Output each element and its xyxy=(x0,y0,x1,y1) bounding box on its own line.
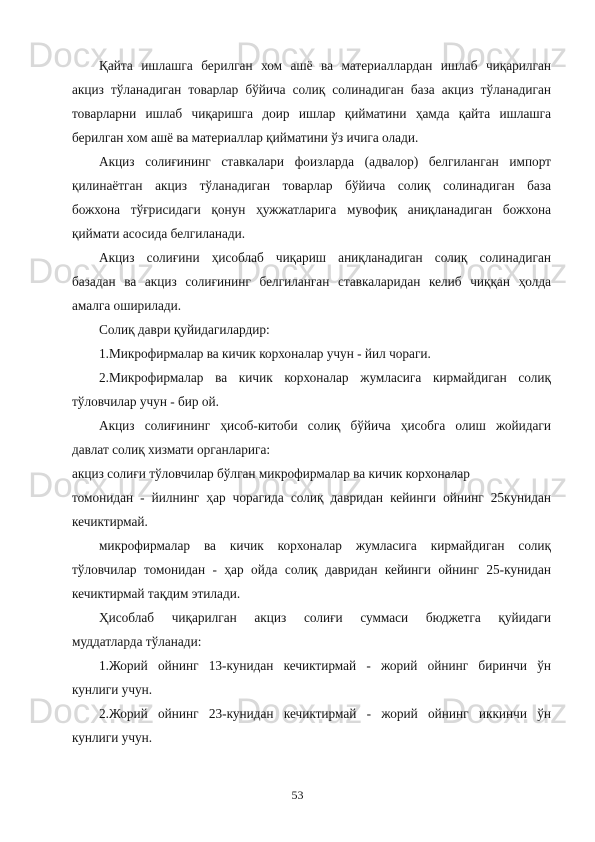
text-line: микрофирмалар ва кичик корхоналар жумлас… xyxy=(99,536,551,556)
text-line: базадан ва акциз солиғининг белгиланган … xyxy=(72,272,551,292)
text-line: Акциз солиғининг ставкалари фоизларда (а… xyxy=(99,152,551,172)
page-number: 53 xyxy=(0,788,595,803)
text-line: давлат солиқ хизмати органларига: xyxy=(72,440,551,460)
text-line: қиймати асосида белгиланади. xyxy=(72,224,551,244)
text-line: 2.Микрофирмалар ва кичик корхоналар жумл… xyxy=(99,368,551,388)
text-line: тўловчилар томонидан - ҳар ойда солиқ да… xyxy=(72,560,551,580)
text-line: 2.Жорий ойнинг 23-кунидан кечиктирмай - … xyxy=(99,704,551,724)
text-line: Ҳисоблаб чиқарилган акциз солиғи суммаси… xyxy=(99,608,551,628)
text-line: 1.Микрофирмалар ва кичик корхоналар учун… xyxy=(99,344,551,364)
text-line: кечиктирмай тақдим этилади. xyxy=(72,584,551,604)
text-line: божхона тўғрисидаги қонун ҳужжатларига м… xyxy=(72,200,551,220)
text-line: муддатларда тўланади: xyxy=(72,632,551,652)
text-line: Акциз солиғини ҳисоблаб чиқариш аниқлана… xyxy=(99,248,551,268)
text-line: берилган хом ашё ва материаллар қийматин… xyxy=(72,128,551,148)
text-line: Солиқ даври қуйидагилардир: xyxy=(99,320,551,340)
document-page: Docx.uzDocx.uzDocx.uzDocx.uzDocx.uzDocx.… xyxy=(0,0,595,842)
text-line: товарларни ишлаб чиқаришга доир ишлар қи… xyxy=(72,104,551,124)
text-line: Қайта ишлашга берилган хом ашё ва матери… xyxy=(99,56,551,76)
text-line: кунлиги учун. xyxy=(72,728,551,748)
text-line: амалга оширилади. xyxy=(72,296,551,316)
text-line: томонидан - йилнинг ҳар чорагида солиқ д… xyxy=(72,488,551,508)
text-line: Акциз солиғининг ҳисоб-китоби солиқ бўйи… xyxy=(99,416,551,436)
text-line: акциз тўланадиган товарлар бўйича солиқ … xyxy=(72,80,551,100)
text-line: 1.Жорий ойнинг 13-кунидан кечиктирмай - … xyxy=(99,656,551,676)
text-line: акциз солиғи тўловчилар бўлган микрофирм… xyxy=(72,464,551,484)
text-line: қилинаётган акциз тўланадиган товарлар б… xyxy=(72,176,551,196)
text-line: тўловчилар учун - бир ой. xyxy=(72,392,551,412)
text-line: кечиктирмай. xyxy=(72,512,551,532)
text-line: кунлиги учун. xyxy=(72,680,551,700)
